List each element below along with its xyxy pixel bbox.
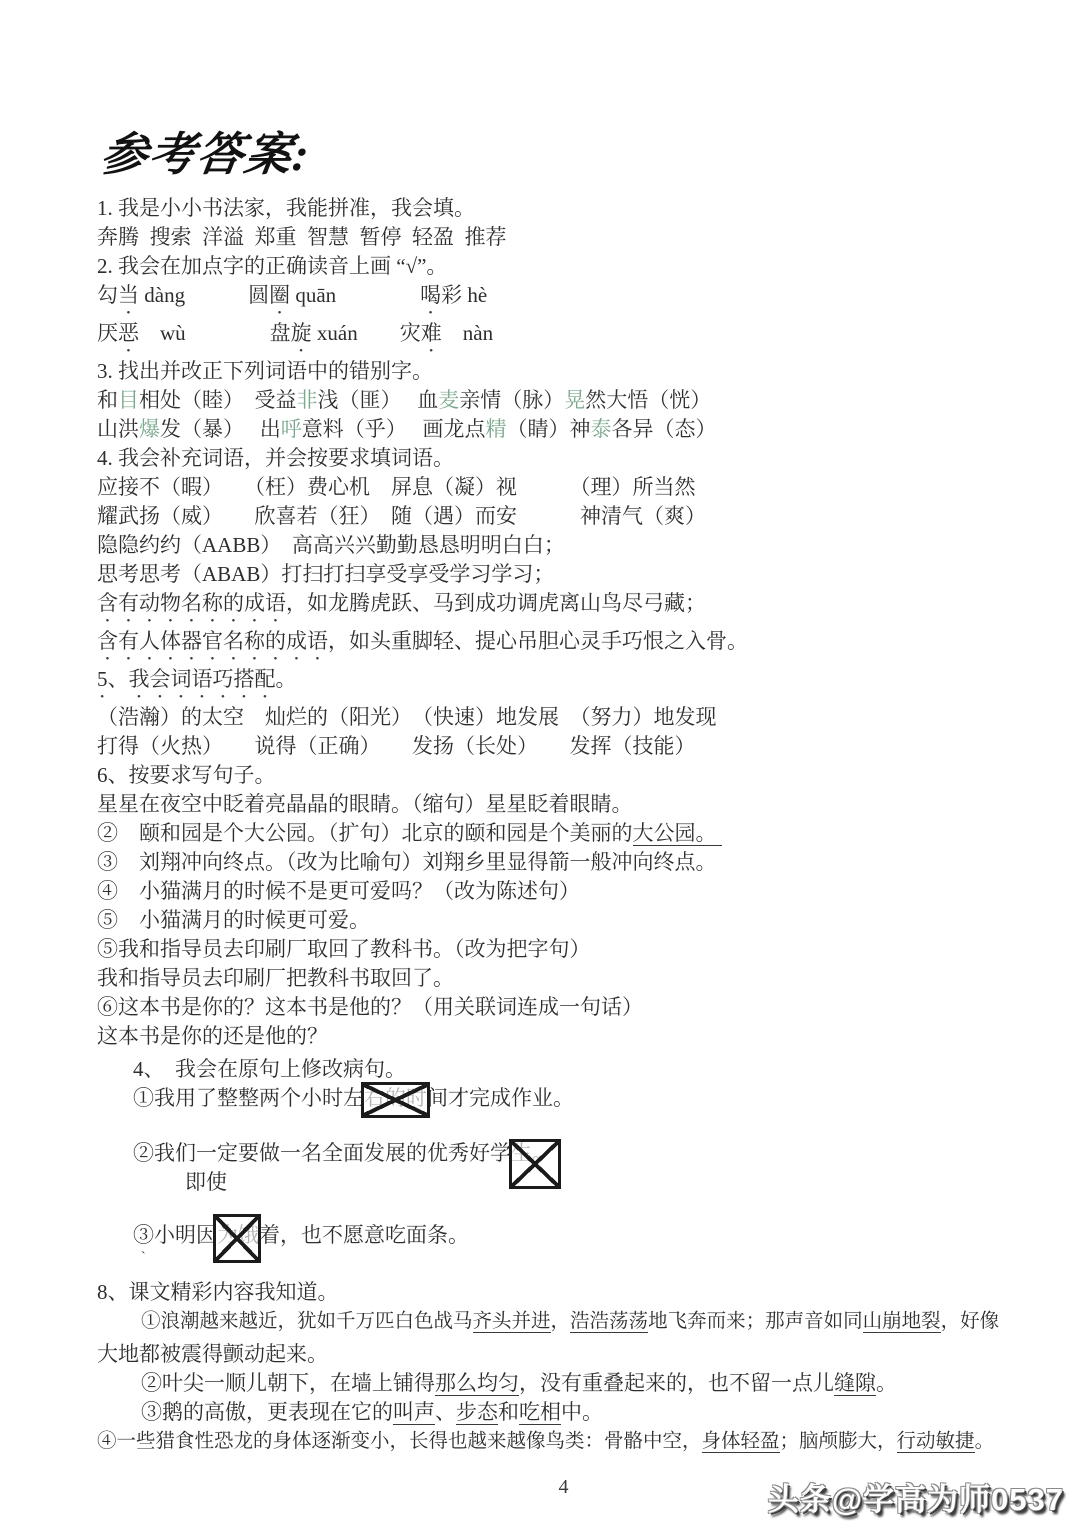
underlined-text: 身体轻盈 [702,1431,780,1453]
text-segment: 勾 [97,283,118,307]
text-segment: 地飞奔而来；那声音如同 [648,1311,863,1332]
text-segment: ，好像 [941,1311,1000,1332]
wrong-character: 目 [118,388,139,412]
text-segment: ③小明因 [133,1223,217,1247]
deletion-x-box: 生。 [511,1141,553,1165]
text-line: 和目相处（睦） 受益非浅（匪） 血麦亲情（脉）晃然大悟（恍） [97,386,1030,415]
text-line: 4. 我会补充词语，并会按要求填词语。 [97,444,1030,473]
underlined-text: 行动敏捷 [897,1431,975,1453]
text-segment: 6、按要求写句子。 [97,763,276,787]
underlined-text: 山崩地裂 [863,1311,941,1333]
text-segment: wù 盘 [139,321,291,345]
text-segment: ⑤ 小猫满月的时候更可爱。 [97,908,370,932]
text-line: 打得（火热） 说得（正确） 发扬（长处） 发挥（技能） [97,732,1030,761]
emphasis-dots-text: 恶 [118,321,139,345]
text-line: 5、我会词语巧搭配。 [97,665,1030,703]
text-line: ②我们一定要做一名全面发展的优秀好学生。 [97,1139,1030,1168]
text-segment: 亲情（脉） [459,388,564,412]
text-segment: xuán 灾 [312,321,421,345]
underlined-text: 浩浩荡荡 [570,1311,648,1333]
text-line: 星星在夜空中眨着亮晶晶的眼睛。（缩句）星星眨着眼睛。 [97,790,1030,819]
text-line: ⑥这本书是你的？这本书是他的？（用关联词连成一句话） [97,993,1030,1022]
underlined-text: 步态 [456,1400,498,1425]
text-line: ①浪潮越来越近，犹如千万匹白色战马齐头并进，浩浩荡荡地飞奔而来；那声音如同山崩地… [97,1307,1030,1336]
emphasis-dots-text: 含有动物名称的成语 [97,591,286,615]
emphasis-dots-text: 当 [118,283,139,307]
text-line: 奔腾 搜索 洋溢 郑重 智慧 暂停 轻盈 推荐 [97,223,1030,252]
text-line: ` [97,1250,1030,1266]
underlined-text: 吃相 [519,1400,561,1425]
text-line: ② 颐和园是个大公园。（扩句）北京的颐和园是个美丽的大公园。 [97,819,1030,848]
text-line: ⑤我和指导员去印刷厂取回了教科书。（改为把字句） [97,935,1030,964]
text-line: 8、课文精彩内容我知道。 [97,1278,1030,1307]
emphasis-dots-text: 旋 [291,321,312,345]
text-segment: （浩瀚）的太空 灿烂的（阳光） （快速）地发展 （努力）地发现 [97,705,717,729]
text-segment: 彩 hè [441,283,487,307]
text-segment: 山洪 [97,417,139,441]
wrong-character: 精 [486,417,507,441]
text-segment: 。 [975,1431,995,1452]
text-line: 即使 [97,1168,1030,1197]
emphasis-dots-text: 5、我会词语巧搭配。 [97,667,297,691]
text-line: 3. 找出并改正下列词语中的错别字。 [97,357,1030,386]
text-line: ③鹅的高傲，更表现在它的叫声、步态和吃相中。 [97,1398,1030,1427]
text-line: 2. 我会在加点字的正确读音上画 “√”。 [97,252,1030,281]
text-line: 1. 我是小小书法家，我能拼准，我会填。 [97,194,1030,223]
wrong-character: 晃 [564,388,585,412]
text-segment: ②叶尖一顺儿朝下，在墙上铺得 [141,1371,435,1395]
text-segment: 各异（态） [612,417,717,441]
page-title: 参考答案: [97,118,316,184]
text-segment: 8、课文精彩内容我知道。 [97,1280,339,1304]
text-segment: 我和指导员去印刷厂把教科书取回了。 [97,966,454,990]
text-segment: 发（暴） 出 [160,417,281,441]
text-segment: 耀武扬（威） 欣喜若（狂） 随（遇）而安 神清气（爽） [97,504,706,528]
text-line: ③小明因为饿着，也不愿意吃面条。 [97,1221,1030,1250]
text-line: ②叶尖一顺儿朝下，在墙上铺得那么均匀，没有重叠起来的，也不留一点儿缝隙。 [97,1369,1030,1398]
text-line: 山洪爆发（暴） 出呼意料（乎） 画龙点精（睛）神泰各异（态） [97,415,1030,444]
text-segment: ①浪潮越来越近，犹如千万匹白色战马 [141,1311,473,1332]
text-segment: 着，也不愿意吃面条。 [259,1223,469,1247]
deletion-x-box: 右的时 [364,1086,427,1110]
underlined-text: 大公园。 [633,821,722,846]
text-segment: （睛）神 [507,417,591,441]
text-segment: 1. 我是小小书法家，我能拼准，我会填。 [97,196,475,220]
text-line: ⑤ 小猫满月的时候更可爱。 [97,906,1030,935]
text-segment: ②我们一定要做一名全面发展的优秀好学 [133,1141,511,1165]
text-segment: ③鹅的高傲，更表现在它的 [141,1400,393,1424]
text-segment: 浅（匪） 血 [318,388,439,412]
text-segment: 中。 [561,1400,603,1424]
text-segment: 然大悟（恍） [585,388,711,412]
text-segment: ，如龙腾虎跃、马到成功调虎离山鸟尽弓藏； [286,591,706,615]
text-segment: ` [141,1250,146,1265]
text-segment: ② 颐和园是个大公园。（扩句）北京的颐和园是个美丽的 [97,821,633,845]
underlined-text: 叫声 [393,1400,435,1425]
text-segment: 星星在夜空中眨着亮晶晶的眼睛。（缩句）星星眨着眼睛。 [97,792,633,816]
text-segment: 大地都被震得颤动起来。 [97,1342,328,1366]
text-segment: 应接不（暇） （枉）费心机 屏息（凝）视 （理）所当然 [97,475,696,499]
text-line: ④一些猎食性恐龙的身体逐渐变小，长得也越来越像鸟类：骨骼中空，身体轻盈；脑颅膨大… [97,1427,1030,1456]
text-line: 含有人体器官名称的成语，如头重脚轻、提心吊胆心灵手巧恨之入骨。 [97,627,1030,665]
text-line: 这本书是你的还是他的？ [97,1022,1030,1051]
text-segment: 和 [498,1400,519,1424]
text-segment: ， [551,1311,571,1332]
text-line: 含有动物名称的成语，如龙腾虎跃、马到成功调虎离山鸟尽弓藏； [97,589,1030,627]
text-segment: ④ 小猫满月的时候不是更可爱吗？（改为陈述句） [97,879,580,903]
text-segment: nàn [442,321,493,345]
text-segment: ④一些猎食性恐龙的身体逐渐变小，长得也越来越像鸟类：骨骼中空， [97,1431,702,1452]
underlined-text: 那么均匀 [435,1371,519,1396]
text-segment: ⑤我和指导员去印刷厂取回了教科书。（改为把字句） [97,937,591,961]
text-segment: 打得（火热） 说得（正确） 发扬（长处） 发挥（技能） [97,734,696,758]
text-segment: 3. 找出并改正下列词语中的错别字。 [97,359,433,383]
watermark: 头条@学高为师0537 [768,1474,1064,1519]
text-segment: 4、 我会在原句上修改病句。 [133,1057,406,1081]
deletion-x-box: 为饿 [217,1223,259,1247]
wrong-character: 呼 [281,417,302,441]
underlined-text: 缝隙 [834,1371,876,1396]
wrong-character: 麦 [438,388,459,412]
text-segment: 间才完成作业。 [427,1086,574,1110]
underlined-text: 齐头并进 [473,1311,551,1333]
text-line: ④ 小猫满月的时候不是更可爱吗？（改为陈述句） [97,877,1030,906]
text-line: 6、按要求写句子。 [97,761,1030,790]
text-segment: ③ 刘翔冲向终点。（改为比喻句）刘翔乡里显得箭一般冲向终点。 [97,850,717,874]
text-segment: ⑥这本书是你的？这本书是他的？（用关联词连成一句话） [97,995,643,1019]
text-segment: 和 [97,388,118,412]
emphasis-dots-text: 含有人体器官名称的成语 [97,629,328,653]
emphasis-dots-text: 圈 [269,283,290,307]
emphasis-dots-text: 难 [421,321,442,345]
text-segment: 隐隐约约（AABB） 高高兴兴勤勤恳恳明明白白； [97,533,565,557]
text-segment: ①我用了整整两个小时左 [133,1086,364,1110]
text-line: 耀武扬（威） 欣喜若（狂） 随（遇）而安 神清气（爽） [97,502,1030,531]
emphasis-dots-text: 喝 [420,283,441,307]
text-segment: 。 [876,1371,897,1395]
text-segment: ；脑颅膨大， [780,1431,897,1452]
document-page: 参考答案: 1. 我是小小书法家，我能拼准，我会填。奔腾 搜索 洋溢 郑重 智慧… [0,0,1080,1527]
text-line: （浩瀚）的太空 灿烂的（阳光） （快速）地发展 （努力）地发现 [97,703,1030,732]
text-line: 4、 我会在原句上修改病句。 [97,1055,1030,1084]
text-segment: 即使 [185,1170,227,1194]
text-line: ③ 刘翔冲向终点。（改为比喻句）刘翔乡里显得箭一般冲向终点。 [97,848,1030,877]
text-segment: dàng 圆 [139,283,269,307]
wrong-character: 非 [297,388,318,412]
text-line: ①我用了整整两个小时左右的时间才完成作业。 [97,1084,1030,1113]
text-segment: ，没有重叠起来的，也不留一点儿 [519,1371,834,1395]
text-segment: ，如头重脚轻、提心吊胆心灵手巧恨之入骨。 [328,629,748,653]
text-segment: 、 [435,1400,456,1424]
text-line: 思考思考（ABAB）打扫打扫享受享受学习学习； [97,560,1030,589]
text-line: 我和指导员去印刷厂把教科书取回了。 [97,964,1030,993]
text-segment: 2. 我会在加点字的正确读音上画 “√”。 [97,254,447,278]
text-segment: 相处（睦） 受益 [139,388,297,412]
text-segment: quān [290,283,420,307]
text-line: 勾当 dàng 圆圈 quān 喝彩 hè [97,281,1030,319]
text-line: 隐隐约约（AABB） 高高兴兴勤勤恳恳明明白白； [97,531,1030,560]
text-segment: 思考思考（ABAB）打扫打扫享受享受学习学习； [97,562,554,586]
text-segment: 意料（乎） 画龙点 [302,417,486,441]
text-line: 应接不（暇） （枉）费心机 屏息（凝）视 （理）所当然 [97,473,1030,502]
text-segment: 4. 我会补充词语，并会按要求填词语。 [97,446,454,470]
document-content: 参考答案: 1. 我是小小书法家，我能拼准，我会填。奔腾 搜索 洋溢 郑重 智慧… [0,0,1080,1499]
text-line: 厌恶 wù 盘旋 xuán 灾难 nàn [97,319,1030,357]
document-body: 1. 我是小小书法家，我能拼准，我会填。奔腾 搜索 洋溢 郑重 智慧 暂停 轻盈… [97,194,1030,1456]
wrong-character: 爆 [139,417,160,441]
text-segment: 厌 [97,321,118,345]
text-segment: 奔腾 搜索 洋溢 郑重 智慧 暂停 轻盈 推荐 [97,225,507,249]
text-line: 大地都被震得颤动起来。 [97,1340,1030,1369]
wrong-character: 泰 [591,417,612,441]
text-segment: 这本书是你的还是他的？ [97,1024,328,1048]
